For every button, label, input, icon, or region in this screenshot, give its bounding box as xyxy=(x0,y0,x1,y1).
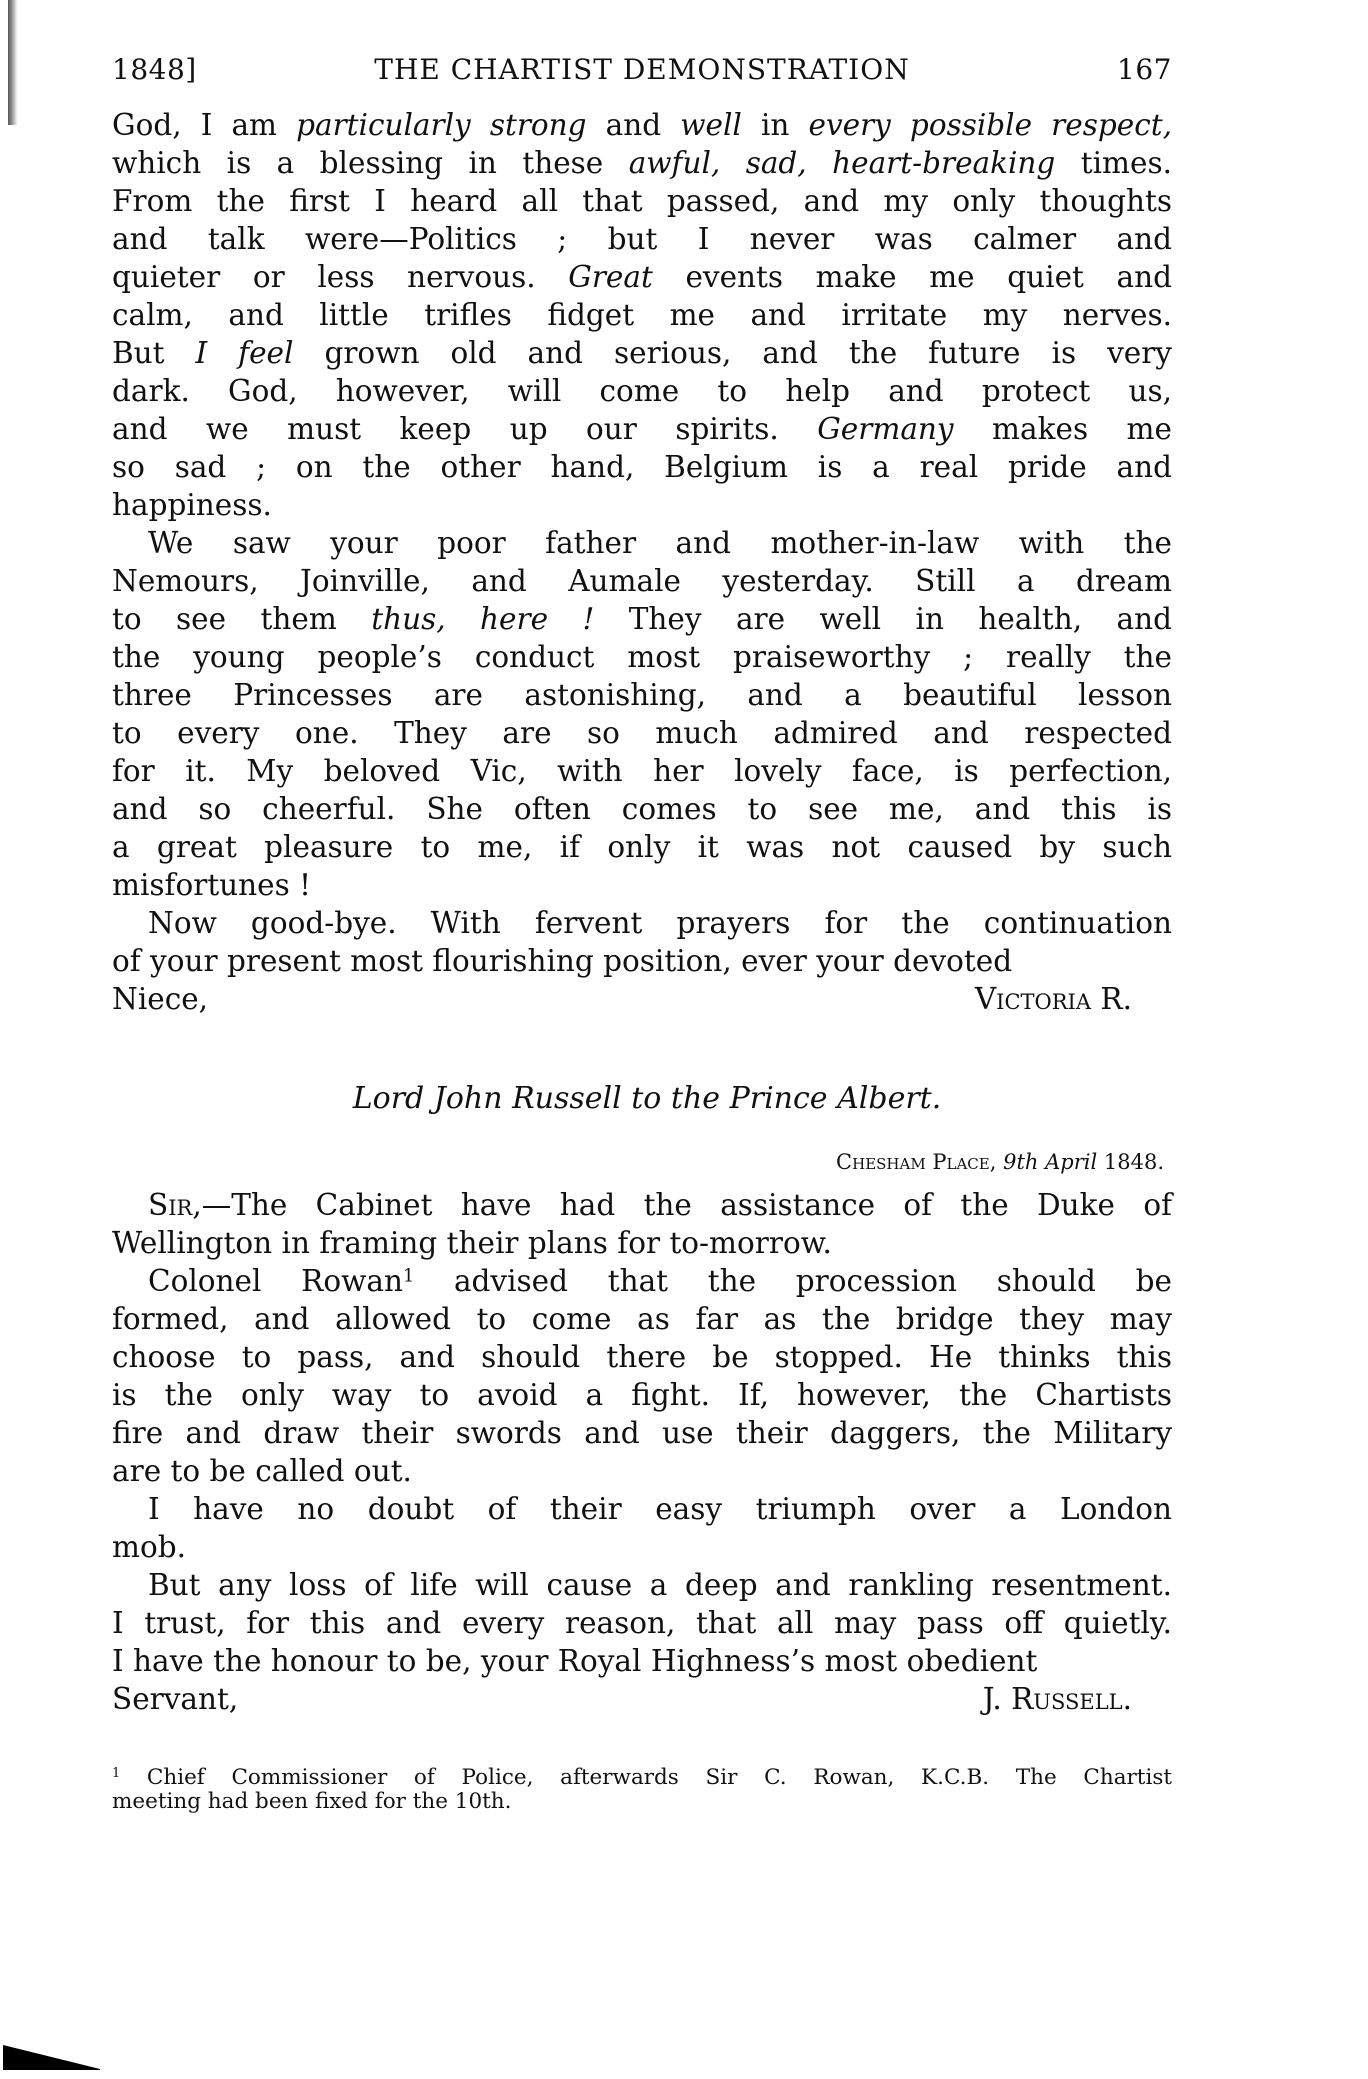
footnote: 1 Chief Commissioner of Police, afterwar… xyxy=(112,1766,1172,1814)
dateline-day: 9th April xyxy=(1003,1150,1097,1174)
running-head: 1848] THE CHARTIST DEMONSTRATION 167 xyxy=(112,52,1172,88)
text-run: to every one. They are so much admired a… xyxy=(112,716,1172,750)
text-run: misfortunes ! xyxy=(112,868,311,902)
text-line: to see them thus, here ! They are well i… xyxy=(112,600,1172,638)
italic-text: every possible respect, xyxy=(808,108,1171,142)
text-line: and so cheerful. She often comes to see … xyxy=(112,790,1172,828)
text-run: are to be called out. xyxy=(112,1454,412,1488)
text-run: But any loss of life will cause a deep a… xyxy=(148,1568,1172,1602)
text-line: God, I am particularly strong and well i… xyxy=(112,106,1172,144)
paragraph: We saw your poor father and mother-in-la… xyxy=(112,524,1172,904)
text-run: calm, and little trifles fidget me and i… xyxy=(112,298,1172,332)
text-run: I trust, for this and every reason, that… xyxy=(112,1606,1172,1640)
text-line: Nemours, Joinville, and Aumale yesterday… xyxy=(112,562,1172,600)
text-line: Now good-bye. With fervent prayers for t… xyxy=(112,904,1172,942)
paragraph: Colonel Rowan1 advised that the processi… xyxy=(112,1262,1172,1490)
italic-text: particularly strong xyxy=(296,108,586,142)
text-run: God, I am xyxy=(112,108,296,142)
text-line: misfortunes ! xyxy=(112,866,1172,904)
text-line: I trust, for this and every reason, that… xyxy=(112,1604,1172,1642)
letter-russell: Sir,—The Cabinet have had the assistance… xyxy=(112,1186,1172,1718)
text-line: I have the honour to be, your Royal High… xyxy=(112,1642,1172,1680)
italic-text: Great xyxy=(568,260,653,294)
paragraph: God, I am particularly strong and well i… xyxy=(112,106,1172,524)
text-run: makes me xyxy=(954,412,1172,446)
text-line: and we must keep up our spirits. Germany… xyxy=(112,410,1172,448)
text-run: formed, and allowed to come as far as th… xyxy=(112,1302,1172,1336)
italic-text: thus, here ! xyxy=(371,602,594,636)
text-run: From the first I heard all that passed, … xyxy=(112,184,1172,218)
text-run: They are well in health, and xyxy=(594,602,1172,636)
text-run: I have the honour to be, your Royal High… xyxy=(112,1644,1037,1678)
text-line: fire and draw their swords and use their… xyxy=(112,1414,1172,1452)
text-run: is the only way to avoid a fight. If, ho… xyxy=(112,1378,1172,1412)
dateline-place: Chesham Place, xyxy=(836,1150,996,1174)
paragraph: I have no doubt of their easy triumph ov… xyxy=(112,1490,1172,1566)
text-run: and talk were—Politics ; but I never was… xyxy=(112,222,1172,256)
text-run: in xyxy=(742,108,809,142)
letter-closing: Servant, xyxy=(112,1680,238,1718)
text-run: Nemours, Joinville, and Aumale yesterday… xyxy=(112,564,1172,598)
text-line: and talk were—Politics ; but I never was… xyxy=(112,220,1172,258)
text-run: for it. My beloved Vic, with her lovely … xyxy=(112,754,1172,788)
text-run: But xyxy=(112,336,196,370)
running-head-title: THE CHARTIST DEMONSTRATION xyxy=(112,52,1172,88)
letter-heading: Lord John Russell to the Prince Albert. xyxy=(112,1080,1172,1118)
text-line: so sad ; on the other hand, Belgium is a… xyxy=(112,448,1172,486)
text-line: for it. My beloved Vic, with her lovely … xyxy=(112,752,1172,790)
text-line: But I feel grown old and serious, and th… xyxy=(112,334,1172,372)
letter-signature: J. Russell. xyxy=(983,1680,1132,1718)
letter-closing: Niece, xyxy=(112,980,208,1018)
text-run: and so cheerful. She often comes to see … xyxy=(112,792,1172,826)
letter-signature: Victoria R. xyxy=(975,980,1132,1018)
text-run: dark. God, however, will come to help an… xyxy=(112,374,1172,408)
text-run: We saw your poor father and mother-in-la… xyxy=(148,526,1172,560)
text-line: Wellington in framing their plans for to… xyxy=(112,1224,1172,1262)
letter-russell-body: Sir,—The Cabinet have had the assistance… xyxy=(112,1186,1172,1680)
text-run: and xyxy=(587,108,681,142)
text-line: I have no doubt of their easy triumph ov… xyxy=(112,1490,1172,1528)
text-run: a great pleasure to me, if only it was n… xyxy=(112,830,1172,864)
text-line: Sir,—The Cabinet have had the assistance… xyxy=(112,1186,1172,1224)
paragraph: Sir,—The Cabinet have had the assistance… xyxy=(112,1186,1172,1262)
text-run: times. xyxy=(1055,146,1172,180)
dateline-year: 1848. xyxy=(1104,1150,1164,1174)
text-run: events make me quiet and xyxy=(653,260,1172,294)
text-line: dark. God, however, will come to help an… xyxy=(112,372,1172,410)
text-run: so sad ; on the other hand, Belgium is a… xyxy=(112,450,1172,484)
scan-corner-wedge xyxy=(3,2045,100,2070)
text-line: are to be called out. xyxy=(112,1452,1172,1490)
scan-edge-artifact xyxy=(8,0,18,125)
italic-text: Germany xyxy=(817,412,953,446)
text-run: advised that the procession should be xyxy=(414,1264,1172,1298)
text-run: choose to pass, and should there be stop… xyxy=(112,1340,1172,1374)
text-run: mob. xyxy=(112,1530,186,1564)
paragraph: Now good-bye. With fervent prayers for t… xyxy=(112,904,1172,980)
text-line: the young people’s conduct most praisewo… xyxy=(112,638,1172,676)
letter-victoria-body: God, I am particularly strong and well i… xyxy=(112,106,1172,980)
text-line: to every one. They are so much admired a… xyxy=(112,714,1172,752)
letter-victoria: God, I am particularly strong and well i… xyxy=(112,106,1172,1018)
text-line: happiness. xyxy=(112,486,1172,524)
text-line: choose to pass, and should there be stop… xyxy=(112,1338,1172,1376)
text-run: three Princesses are astonishing, and a … xyxy=(112,678,1172,712)
text-line: mob. xyxy=(112,1528,1172,1566)
text-run: the young people’s conduct most praisewo… xyxy=(112,640,1172,674)
paragraph: But any loss of life will cause a deep a… xyxy=(112,1566,1172,1680)
text-run: Colonel Rowan xyxy=(148,1264,403,1298)
italic-text: well xyxy=(680,108,742,142)
text-line: of your present most flourishing positio… xyxy=(112,942,1172,980)
text-run: to see them xyxy=(112,602,371,636)
text-run: —The Cabinet have had the assistance of … xyxy=(202,1188,1172,1222)
text-line: three Princesses are astonishing, and a … xyxy=(112,676,1172,714)
text-run: Wellington in framing their plans for to… xyxy=(112,1226,832,1260)
text-line: which is a blessing in these awful, sad,… xyxy=(112,144,1172,182)
text-line: quieter or less nervous. Great events ma… xyxy=(112,258,1172,296)
text-line: From the first I heard all that passed, … xyxy=(112,182,1172,220)
footnote-line: meeting had been fixed for the 10th. xyxy=(112,1790,1172,1814)
letter-dateline: Chesham Place, 9th April 1848. xyxy=(836,1148,1164,1176)
text-line: is the only way to avoid a fight. If, ho… xyxy=(112,1376,1172,1414)
text-run: fire and draw their swords and use their… xyxy=(112,1416,1172,1450)
text-run: quieter or less nervous. xyxy=(112,260,568,294)
text-line: formed, and allowed to come as far as th… xyxy=(112,1300,1172,1338)
text-line: a great pleasure to me, if only it was n… xyxy=(112,828,1172,866)
letter-victoria-signoff: Niece, Victoria R. xyxy=(112,980,1172,1018)
text-line: Colonel Rowan1 advised that the processi… xyxy=(112,1262,1172,1300)
footnote-ref: 1 xyxy=(403,1266,414,1286)
italic-text: awful, sad, heart-breaking xyxy=(629,146,1056,180)
page-number: 167 xyxy=(1117,52,1172,88)
italic-text: I feel xyxy=(196,336,294,370)
text-line: But any loss of life will cause a deep a… xyxy=(112,1566,1172,1604)
text-run: which is a blessing in these xyxy=(112,146,629,180)
text-run: I have no doubt of their easy triumph ov… xyxy=(148,1492,1172,1526)
footnote-line: 1 Chief Commissioner of Police, afterwar… xyxy=(112,1766,1172,1790)
text-run: grown old and serious, and the future is… xyxy=(293,336,1172,370)
letter-russell-signoff: Servant, J. Russell. xyxy=(112,1680,1172,1718)
text-run: and we must keep up our spirits. xyxy=(112,412,817,446)
text-line: calm, and little trifles fidget me and i… xyxy=(112,296,1172,334)
text-line: We saw your poor father and mother-in-la… xyxy=(112,524,1172,562)
footnote-marker: 1 xyxy=(112,1766,120,1781)
text-run: happiness. xyxy=(112,488,272,522)
text-run: Now good-bye. With fervent prayers for t… xyxy=(148,906,1172,940)
small-caps-text: Sir, xyxy=(148,1188,202,1222)
text-run: of your present most flourishing positio… xyxy=(112,944,1012,978)
